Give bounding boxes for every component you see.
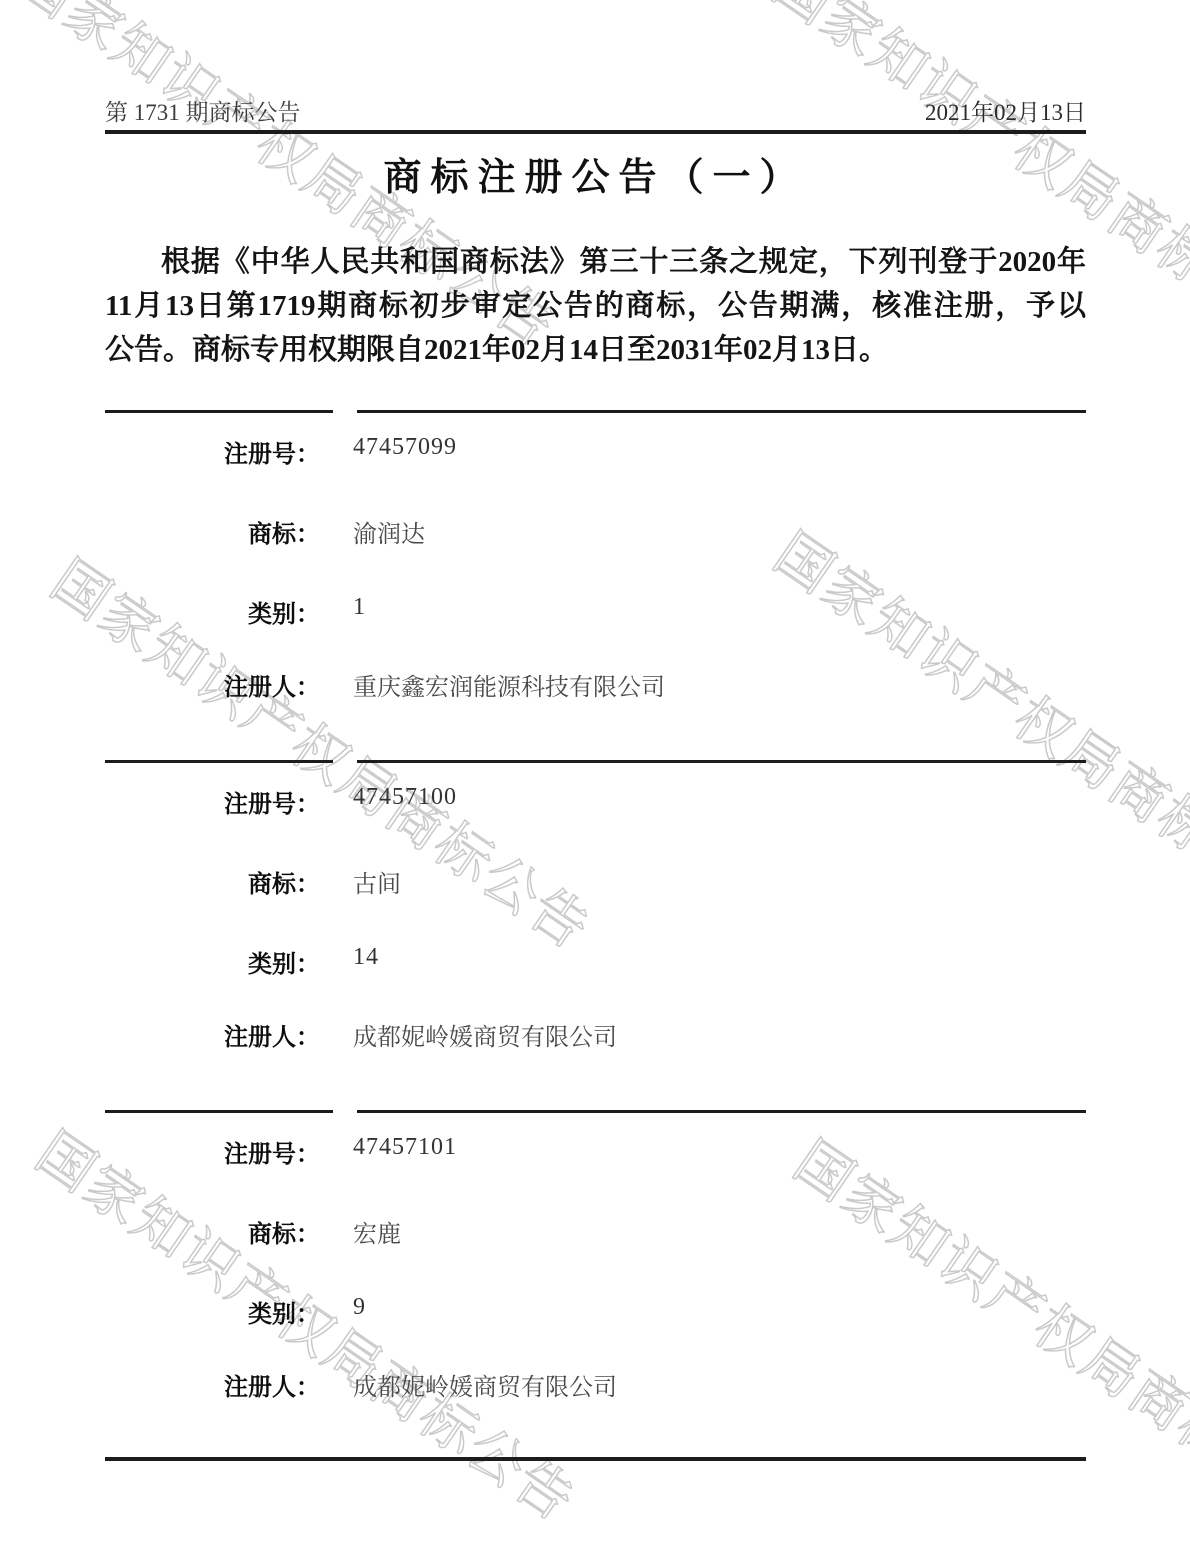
category-row: 类别： 14 (105, 944, 1086, 974)
trademark-label: 商标： (105, 864, 320, 899)
intro-line: 11月13日第1719期商标初步审定公告的商标，公告期满，核准注册，予以 (105, 284, 1086, 328)
trademark-value: 渝润达 (353, 514, 425, 549)
registrant-label: 注册人： (105, 667, 320, 702)
registrant-value: 成都妮岭媛商贸有限公司 (353, 1367, 617, 1402)
entry-separator (105, 410, 1086, 413)
category-label: 类别： (105, 594, 320, 629)
category-label: 类别： (105, 1294, 320, 1329)
category-row: 类别： 9 (105, 1294, 1086, 1324)
category-value: 9 (353, 1294, 366, 1321)
registrant-row: 注册人： 成都妮岭媛商贸有限公司 (105, 1017, 1086, 1047)
header-date: 2021年02月13日 (925, 94, 1086, 127)
registrant-row: 注册人： 重庆鑫宏润能源科技有限公司 (105, 667, 1086, 697)
page-content: 第 1731 期商标公告 2021年02月13日 商标注册公告（一） 根据《中华… (0, 0, 1190, 1564)
trademark-label: 商标： (105, 1214, 320, 1249)
reg-no-label: 注册号： (105, 434, 320, 469)
reg-no-row: 注册号： 47457101 (105, 1134, 1086, 1164)
issue-label: 第 1731 期商标公告 (105, 94, 301, 127)
reg-no-value: 47457101 (353, 1134, 457, 1161)
intro-line: 公告。商标专用权期限自2021年02月14日至2031年02月13日。 (105, 328, 1086, 372)
category-label: 类别： (105, 944, 320, 979)
reg-no-value: 47457099 (353, 434, 457, 461)
trademark-entry: 注册号： 47457101 商标： 宏鹿 类别： 9 注册人： 成都妮岭媛商贸有… (105, 1110, 1086, 1460)
registrant-value: 成都妮岭媛商贸有限公司 (353, 1017, 617, 1052)
reg-no-row: 注册号： 47457099 (105, 434, 1086, 464)
bottom-rule (105, 1457, 1086, 1461)
category-row: 类别： 1 (105, 594, 1086, 624)
registrant-label: 注册人： (105, 1367, 320, 1402)
trademark-value: 宏鹿 (353, 1214, 401, 1249)
entry-separator (105, 760, 1086, 763)
page-header: 第 1731 期商标公告 2021年02月13日 (105, 94, 1086, 127)
entry-separator (105, 1110, 1086, 1113)
page-title: 商标注册公告（一） (0, 146, 1190, 201)
intro-paragraph: 根据《中华人民共和国商标法》第三十三条之规定，下列刊登于2020年 11月13日… (105, 240, 1086, 372)
category-value: 14 (353, 944, 379, 971)
trademark-entry: 注册号： 47457099 商标： 渝润达 类别： 1 注册人： 重庆鑫宏润能源… (105, 410, 1086, 760)
reg-no-value: 47457100 (353, 784, 457, 811)
intro-line: 根据《中华人民共和国商标法》第三十三条之规定，下列刊登于2020年 (105, 240, 1086, 284)
trademark-row: 商标： 渝润达 (105, 514, 1086, 544)
category-value: 1 (353, 594, 366, 621)
registrant-row: 注册人： 成都妮岭媛商贸有限公司 (105, 1367, 1086, 1397)
trademark-label: 商标： (105, 514, 320, 549)
trademark-entry: 注册号： 47457100 商标： 古间 类别： 14 注册人： 成都妮岭媛商贸… (105, 760, 1086, 1110)
registrant-label: 注册人： (105, 1017, 320, 1052)
trademark-row: 商标： 宏鹿 (105, 1214, 1086, 1244)
reg-no-row: 注册号： 47457100 (105, 784, 1086, 814)
registrant-value: 重庆鑫宏润能源科技有限公司 (353, 667, 665, 702)
header-rule (105, 130, 1086, 134)
trademark-row: 商标： 古间 (105, 864, 1086, 894)
reg-no-label: 注册号： (105, 784, 320, 819)
reg-no-label: 注册号： (105, 1134, 320, 1169)
trademark-gazette-page: 国家知识产权局商标公告 国家知识产权局商标公告 国家知识产权局商标公告 国家知识… (0, 0, 1190, 1564)
trademark-value: 古间 (353, 864, 401, 899)
